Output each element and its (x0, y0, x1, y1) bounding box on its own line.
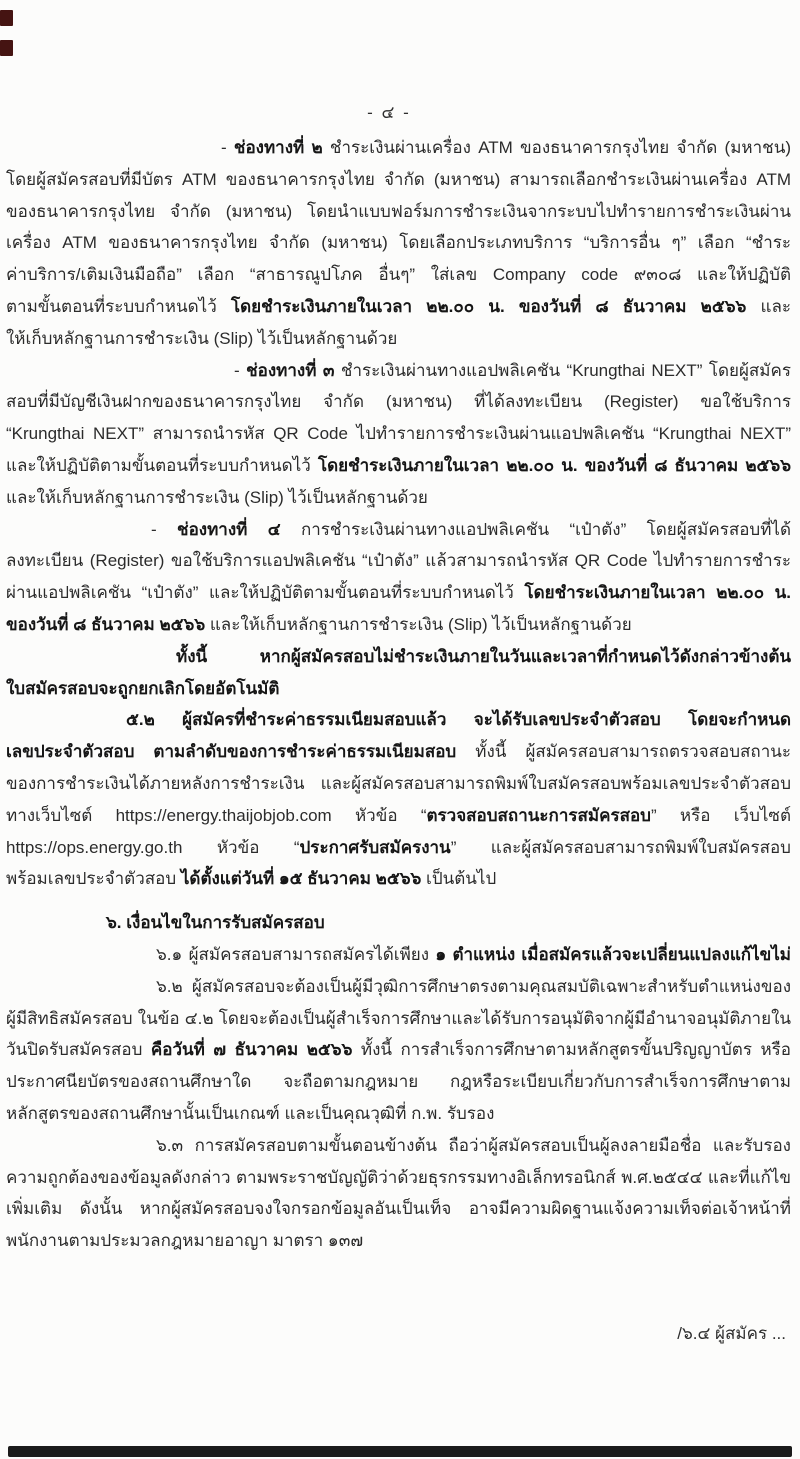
body-text: และให้เก็บหลักฐานการชำระเงิน (Slip) ไว้เ… (205, 615, 632, 634)
scanned-document-page: - ๔ - - ช่องทางที่ ๒ ชำระเงินผ่านเครื่อง… (0, 0, 800, 1459)
body-text: สอบที่มีบัญชีเงินฝากของธนาคารกรุงไทย จำก… (6, 392, 791, 418)
body-text: เป็นต้นไป (421, 869, 496, 888)
body-text: พร้อมเลขประจำตัวสอบ (6, 869, 181, 888)
emphasis-text: ใบสมัครสอบจะถูกยกเลิกโดยอัตโนมัติ (6, 679, 279, 698)
emphasis-text: ช่องทางที่ ๔ (177, 520, 281, 539)
body-text: ของธนาคารกรุงไทย จำกัด (มหาชน) โดยนำแบบฟ… (6, 202, 791, 221)
document-line: ของวันที่ ๘ ธันวาคม ๒๕๖๖ และให้เก็บหลักฐ… (6, 609, 791, 641)
page-number: - ๔ - (0, 99, 778, 126)
body-text: ๖.๓ การสมัครสอบตามขั้นตอนข้างต้น ถือว่าผ… (156, 1136, 791, 1155)
body-text: และให้เก็บหลักฐานการชำระเงิน (Slip) ไว้เ… (6, 488, 428, 507)
document-line: ผ่านแอปพลิเคชัน “เป๋าตัง” และให้ปฏิบัติต… (6, 577, 791, 609)
body-text: ชำระเงินผ่านเครื่อง ATM ของธนาคารกรุงไทย… (323, 138, 791, 157)
body-text: ทั้งนี้ การสำเร็จการศึกษาตามหลักสูตรขั้น… (352, 1040, 791, 1059)
body-text: ผู้มีสิทธิสมัครสอบ ในข้อ ๔.๒ โดยจะต้องเป… (6, 1009, 791, 1028)
document-line: ใบสมัครสอบจะถูกยกเลิกโดยอัตโนมัติ (6, 673, 791, 705)
body-text: เพิ่มเติม ดังนั้น หากผู้สมัครสอบจงใจกรอก… (6, 1199, 791, 1218)
emphasis-text: ๕.๒ ผู้สมัครที่ชำระค่าธรรมเนียมสอบแล้ว จ… (126, 710, 791, 729)
emphasis-text: โดยชำระเงินภายในเวลา ๒๒.๐๐ น. ของวันที่ … (231, 297, 746, 316)
document-line: สอบที่มีบัญชีเงินฝากของธนาคารกรุงไทย จำก… (6, 386, 791, 418)
document-line: ทั้งนี้ หากผู้สมัครสอบไม่ชำระเงินภายในวั… (6, 641, 791, 673)
body-text: - (221, 138, 234, 157)
document-line: และให้เก็บหลักฐานการชำระเงิน (Slip) ไว้เ… (6, 482, 791, 514)
body-text: และ (746, 297, 791, 316)
emphasis-text: ช่องทางที่ ๒ (234, 138, 323, 157)
body-text: ความถูกต้องของข้อมูลดังกล่าว ตามพระราชบั… (6, 1168, 791, 1187)
emphasis-text: ได้ตั้งแต่วันที่ ๑๕ ธันวาคม ๒๕๖๖ (181, 869, 421, 888)
document-line: ๕.๒ ผู้สมัครที่ชำระค่าธรรมเนียมสอบแล้ว จ… (6, 704, 791, 736)
body-text: ” และผู้สมัครสอบสามารถพิมพ์ใบสมัครสอบ (451, 838, 791, 857)
emphasis-text: ตรวจสอบสถานะการสมัครสอบ (427, 806, 651, 825)
body-text: ” หรือ เว็บไซต์ (651, 806, 791, 825)
body-text: ค่าบริการ/เติมเงินมือถือ” เลือก “สาธารณู… (6, 265, 791, 284)
body-text: https://ops.energy.go.th หัวข้อ “ (6, 838, 300, 857)
body-text: โดยผู้สมัครสอบที่มีบัตร ATM ของธนาคารกรุ… (6, 170, 791, 189)
document-line: ๖.๓ การสมัครสอบตามขั้นตอนข้างต้น ถือว่าผ… (6, 1130, 791, 1162)
body-text: และให้ปฏิบัติตามขั้นตอนที่ระบบกำหนดไว้ (6, 456, 318, 475)
document-line: พร้อมเลขประจำตัวสอบ ได้ตั้งแต่วันที่ ๑๕ … (6, 863, 791, 895)
document-line: ลงทะเบียน (Register) ขอใช้บริการแอปพลิเค… (6, 545, 791, 577)
document-body: - ช่องทางที่ ๒ ชำระเงินผ่านเครื่อง ATM ข… (6, 132, 791, 1257)
document-line: พนักงานตามประมวลกฎหมายอาญา มาตรา ๑๓๗ (6, 1225, 791, 1257)
body-text: - (151, 520, 177, 539)
body-text: ชำระเงินผ่านทางแอปพลิเคชัน “Krungthai NE… (334, 361, 791, 380)
document-line: ผู้มีสิทธิสมัครสอบ ในข้อ ๔.๒ โดยจะต้องเป… (6, 1003, 791, 1035)
document-line: ทางเว็บไซต์ https://energy.thaijobjob.co… (6, 800, 791, 832)
document-line: วันปิดรับสมัครสอบ คือวันที่ ๗ ธันวาคม ๒๕… (6, 1034, 791, 1066)
document-line: และให้ปฏิบัติตามขั้นตอนที่ระบบกำหนดไว้ โ… (6, 450, 791, 482)
document-line: เลขประจำตัวสอบ ตามลำดับของการชำระค่าธรรม… (6, 736, 791, 768)
continuation-footnote: /๖.๔ ผู้สมัคร ... (677, 1320, 786, 1347)
body-text: - (234, 361, 246, 380)
body-text: “Krungthai NEXT” สามารถนำรหัส QR Code ไป… (6, 424, 791, 443)
document-line: - ช่องทางที่ ๒ ชำระเงินผ่านเครื่อง ATM ข… (6, 132, 791, 164)
body-text: ตามขั้นตอนที่ระบบกำหนดไว้ (6, 297, 231, 316)
body-text: ให้เก็บหลักฐานการชำระเงิน (Slip) ไว้เป็น… (6, 329, 397, 348)
document-line: ๖.๑ ผู้สมัครสอบสามารถสมัครได้เพียง ๑ ตำแ… (6, 939, 791, 971)
document-line: “Krungthai NEXT” สามารถนำรหัส QR Code ไป… (6, 418, 791, 450)
emphasis-text: ทั้งนี้ หากผู้สมัครสอบไม่ชำระเงินภายในวั… (176, 647, 791, 666)
emphasis-text: ของวันที่ ๘ ธันวาคม ๒๕๖๖ (6, 615, 205, 634)
body-text: ผ่านแอปพลิเคชัน “เป๋าตัง” และให้ปฏิบัติต… (6, 583, 524, 602)
document-line: เพิ่มเติม ดังนั้น หากผู้สมัครสอบจงใจกรอก… (6, 1193, 791, 1225)
document-line: - ช่องทางที่ ๓ ชำระเงินผ่านทางแอปพลิเคชั… (6, 355, 791, 387)
body-text: ทั้งนี้ ผู้สมัครสอบสามารถตรวจสอบสถานะ (475, 742, 791, 761)
body-text: วันปิดรับสมัครสอบ (6, 1040, 151, 1059)
document-line: ค่าบริการ/เติมเงินมือถือ” เลือก “สาธารณู… (6, 259, 791, 291)
document-line: ๖.๒ ผู้สมัครสอบจะต้องเป็นผู้มีวุฒิการศึก… (6, 971, 791, 1003)
body-text: ประกาศนียบัตรของสถานศึกษาใด จะถือตามกฎหม… (6, 1072, 791, 1091)
document-line: เครื่อง ATM ของธนาคารกรุงไทย จำกัด (มหาช… (6, 227, 791, 259)
scan-artifact-bottom-bar (8, 1446, 792, 1457)
document-line: ประกาศนียบัตรของสถานศึกษาใด จะถือตามกฎหม… (6, 1066, 791, 1098)
document-line: ความถูกต้องของข้อมูลดังกล่าว ตามพระราชบั… (6, 1162, 791, 1194)
emphasis-text: โดยชำระเงินภายในเวลา ๒๒.๐๐ น. (524, 583, 791, 602)
body-text: ๖.๒ ผู้สมัครสอบจะต้องเป็นผู้มีวุฒิการศึก… (156, 977, 791, 996)
document-line: หลักสูตรของสถานศึกษานั้นเป็นเกณฑ์ และเป็… (6, 1098, 791, 1130)
body-text: พนักงานตามประมวลกฎหมายอาญา มาตรา ๑๓๗ (6, 1231, 363, 1250)
document-line: - ช่องทางที่ ๔ การชำระเงินผ่านทางแอปพลิเ… (6, 514, 791, 546)
scan-artifact-mark (0, 40, 13, 56)
scan-artifact-mark (0, 10, 13, 26)
emphasis-text: ประกาศรับสมัครงาน (300, 838, 451, 857)
emphasis-text: คือวันที่ ๗ ธันวาคม ๒๕๖๖ (151, 1040, 353, 1059)
document-line: ให้เก็บหลักฐานการชำระเงิน (Slip) ไว้เป็น… (6, 323, 791, 355)
body-text: ของการชำระเงินได้ภายหลังการชำระเงิน และผ… (6, 774, 791, 793)
body-text: ลงทะเบียน (Register) ขอใช้บริการแอปพลิเค… (6, 551, 791, 577)
body-text: เครื่อง ATM ของธนาคารกรุงไทย จำกัด (มหาช… (6, 233, 791, 252)
document-line: ตามขั้นตอนที่ระบบกำหนดไว้ โดยชำระเงินภาย… (6, 291, 791, 323)
body-text: การชำระเงินผ่านทางแอปพลิเคชัน “เป๋าตัง” … (281, 520, 791, 539)
body-text: ทางเว็บไซต์ https://energy.thaijobjob.co… (6, 806, 427, 825)
body-text: ๖.๑ ผู้สมัครสอบสามารถสมัครได้เพียง (156, 945, 435, 964)
emphasis-text: ๖. เงื่อนไขในการรับสมัครสอบ (106, 913, 325, 932)
document-line: ของธนาคารกรุงไทย จำกัด (มหาชน) โดยนำแบบฟ… (6, 196, 791, 228)
document-line: ๖. เงื่อนไขในการรับสมัครสอบ (6, 907, 791, 939)
document-line: https://ops.energy.go.th หัวข้อ “ประกาศร… (6, 832, 791, 864)
document-line: โดยผู้สมัครสอบที่มีบัตร ATM ของธนาคารกรุ… (6, 164, 791, 196)
emphasis-text: โดยชำระเงินภายในเวลา ๒๒.๐๐ น. ของวันที่ … (318, 456, 791, 475)
emphasis-text: ช่องทางที่ ๓ (246, 361, 334, 380)
document-line: ของการชำระเงินได้ภายหลังการชำระเงิน และผ… (6, 768, 791, 800)
body-text: หลักสูตรของสถานศึกษานั้นเป็นเกณฑ์ และเป็… (6, 1104, 494, 1123)
emphasis-text: เลขประจำตัวสอบ ตามลำดับของการชำระค่าธรรม… (6, 742, 475, 761)
